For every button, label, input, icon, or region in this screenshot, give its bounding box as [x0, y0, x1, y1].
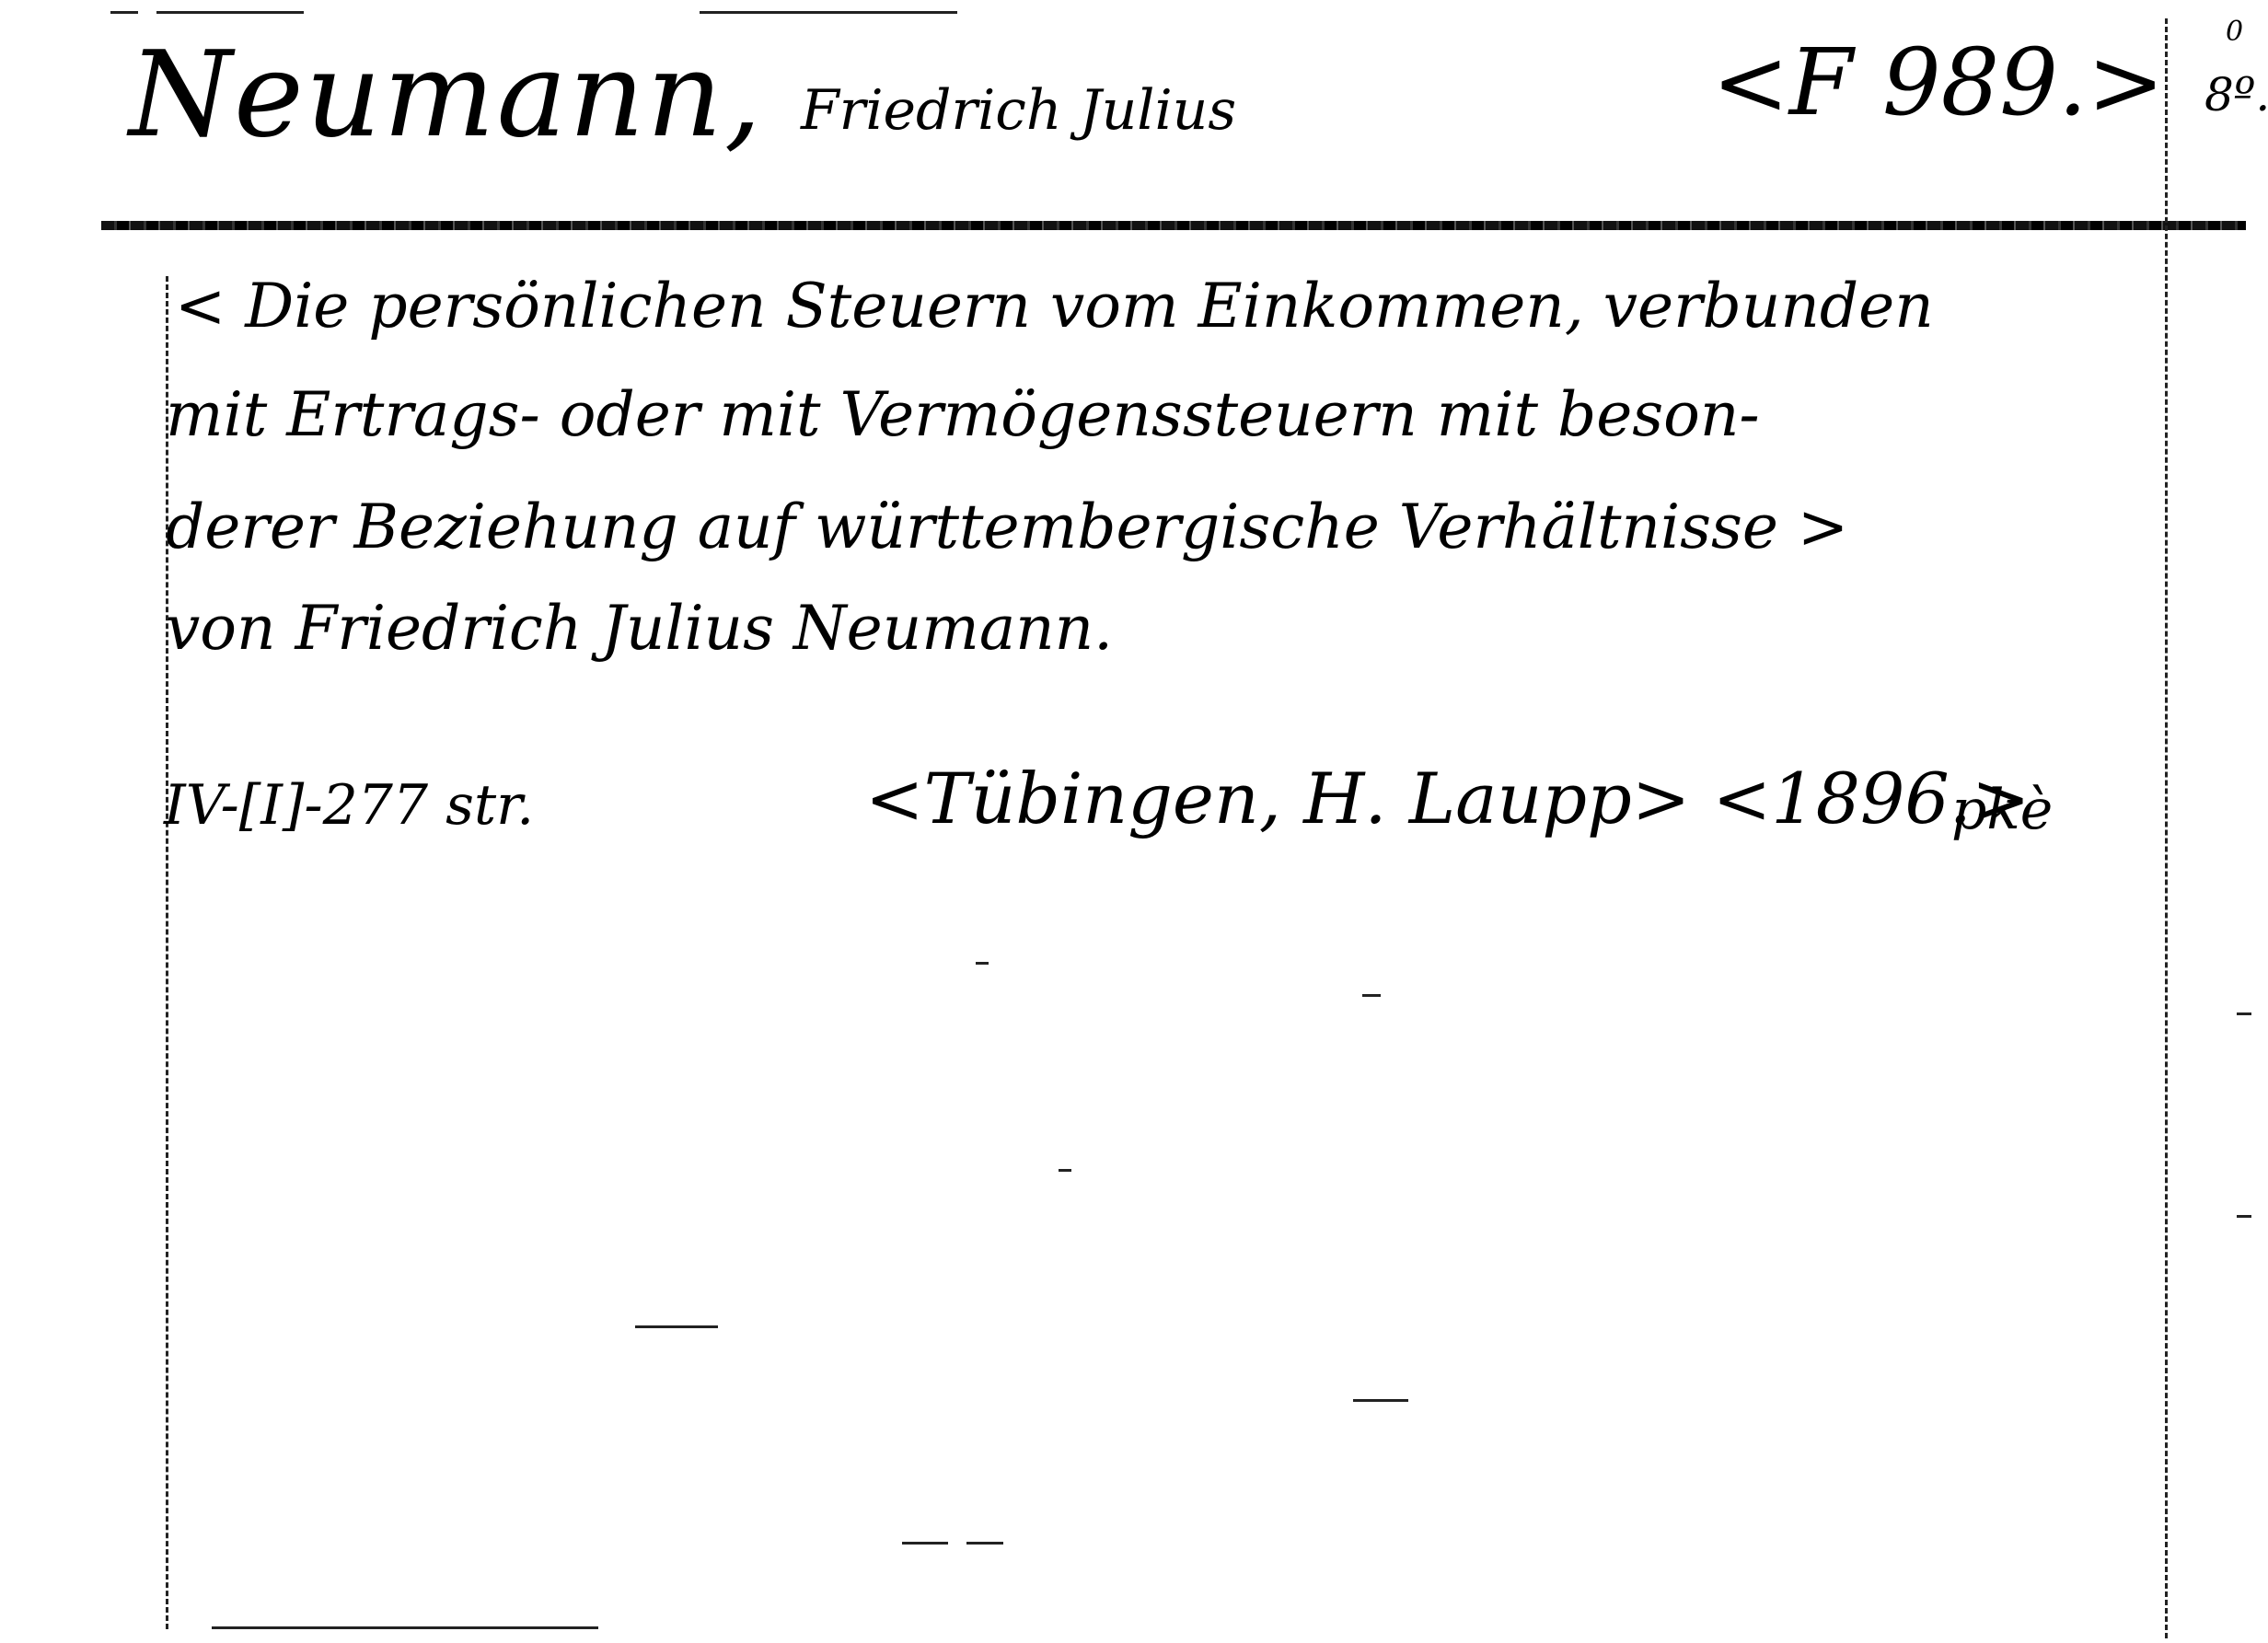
corner-mark: 0 [2226, 18, 2243, 46]
heading-divider [101, 221, 2246, 230]
call-number: <F 989.> [1712, 37, 2164, 129]
scan-speckle [966, 1542, 1003, 1545]
title-line-4: von Friedrich Julius Neumann. [166, 598, 1113, 659]
right-margin-line [2165, 18, 2168, 1638]
scan-speckle [976, 962, 989, 965]
heading-surname: Neumann, [129, 37, 763, 155]
title-line-2: mit Ertrags- oder mit Vermögenssteuern m… [166, 385, 1760, 445]
scan-speckle [1353, 1399, 1408, 1402]
scan-speckle [1059, 1169, 1071, 1172]
top-rule-fragment [110, 11, 138, 14]
scan-speckle [902, 1542, 948, 1545]
top-rule-fragment [700, 11, 957, 14]
scan-speckle [635, 1325, 718, 1328]
collation: IV-[I]-277 str. [164, 778, 534, 833]
format-size: 8º. [2204, 72, 2268, 118]
heading-given-names: Friedrich Julius [801, 83, 1236, 138]
left-margin-line [166, 276, 168, 1629]
title-line-3: derer Beziehung auf württembergische Ver… [166, 497, 1848, 558]
cataloger-initials: pkè [1951, 782, 2053, 838]
scan-speckle [2237, 1215, 2251, 1218]
scan-speckle [2237, 1012, 2251, 1015]
scan-speckle [1362, 994, 1381, 997]
top-rule-fragment [156, 11, 304, 14]
title-line-1: < Die persönlichen Steuern vom Einkommen… [175, 276, 1934, 337]
bottom-rule-fragment [212, 1626, 598, 1629]
imprint: <Tübingen, H. Laupp> <1896.> [865, 764, 2031, 834]
